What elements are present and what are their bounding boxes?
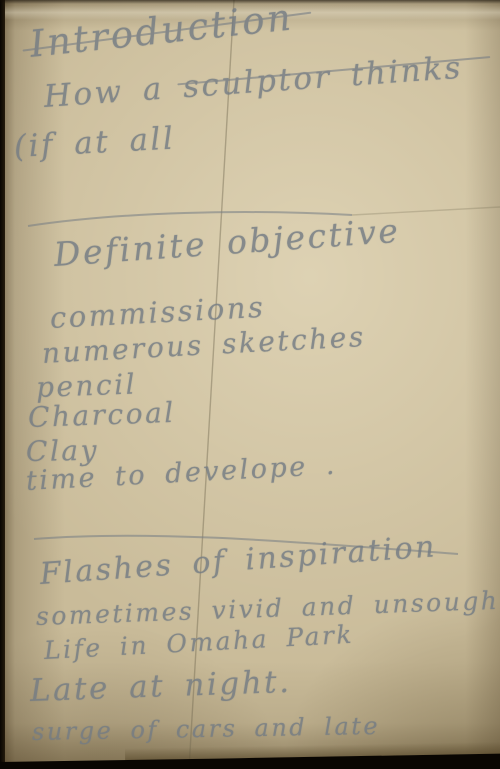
note-line-late-at-night: Late at night. xyxy=(29,667,291,707)
note-line-charcoal: Charcoal xyxy=(28,399,177,432)
photo-edge-top xyxy=(0,0,500,4)
photo-edge-left xyxy=(0,0,5,769)
note-line-surge-of-cars: surge of cars and late xyxy=(32,714,381,744)
note-line-clay: Clay xyxy=(26,437,99,466)
photograph-frame: Introduction How a sculptor thinks (if a… xyxy=(0,0,500,769)
note-line-if-at-all: (if at all xyxy=(13,124,176,163)
